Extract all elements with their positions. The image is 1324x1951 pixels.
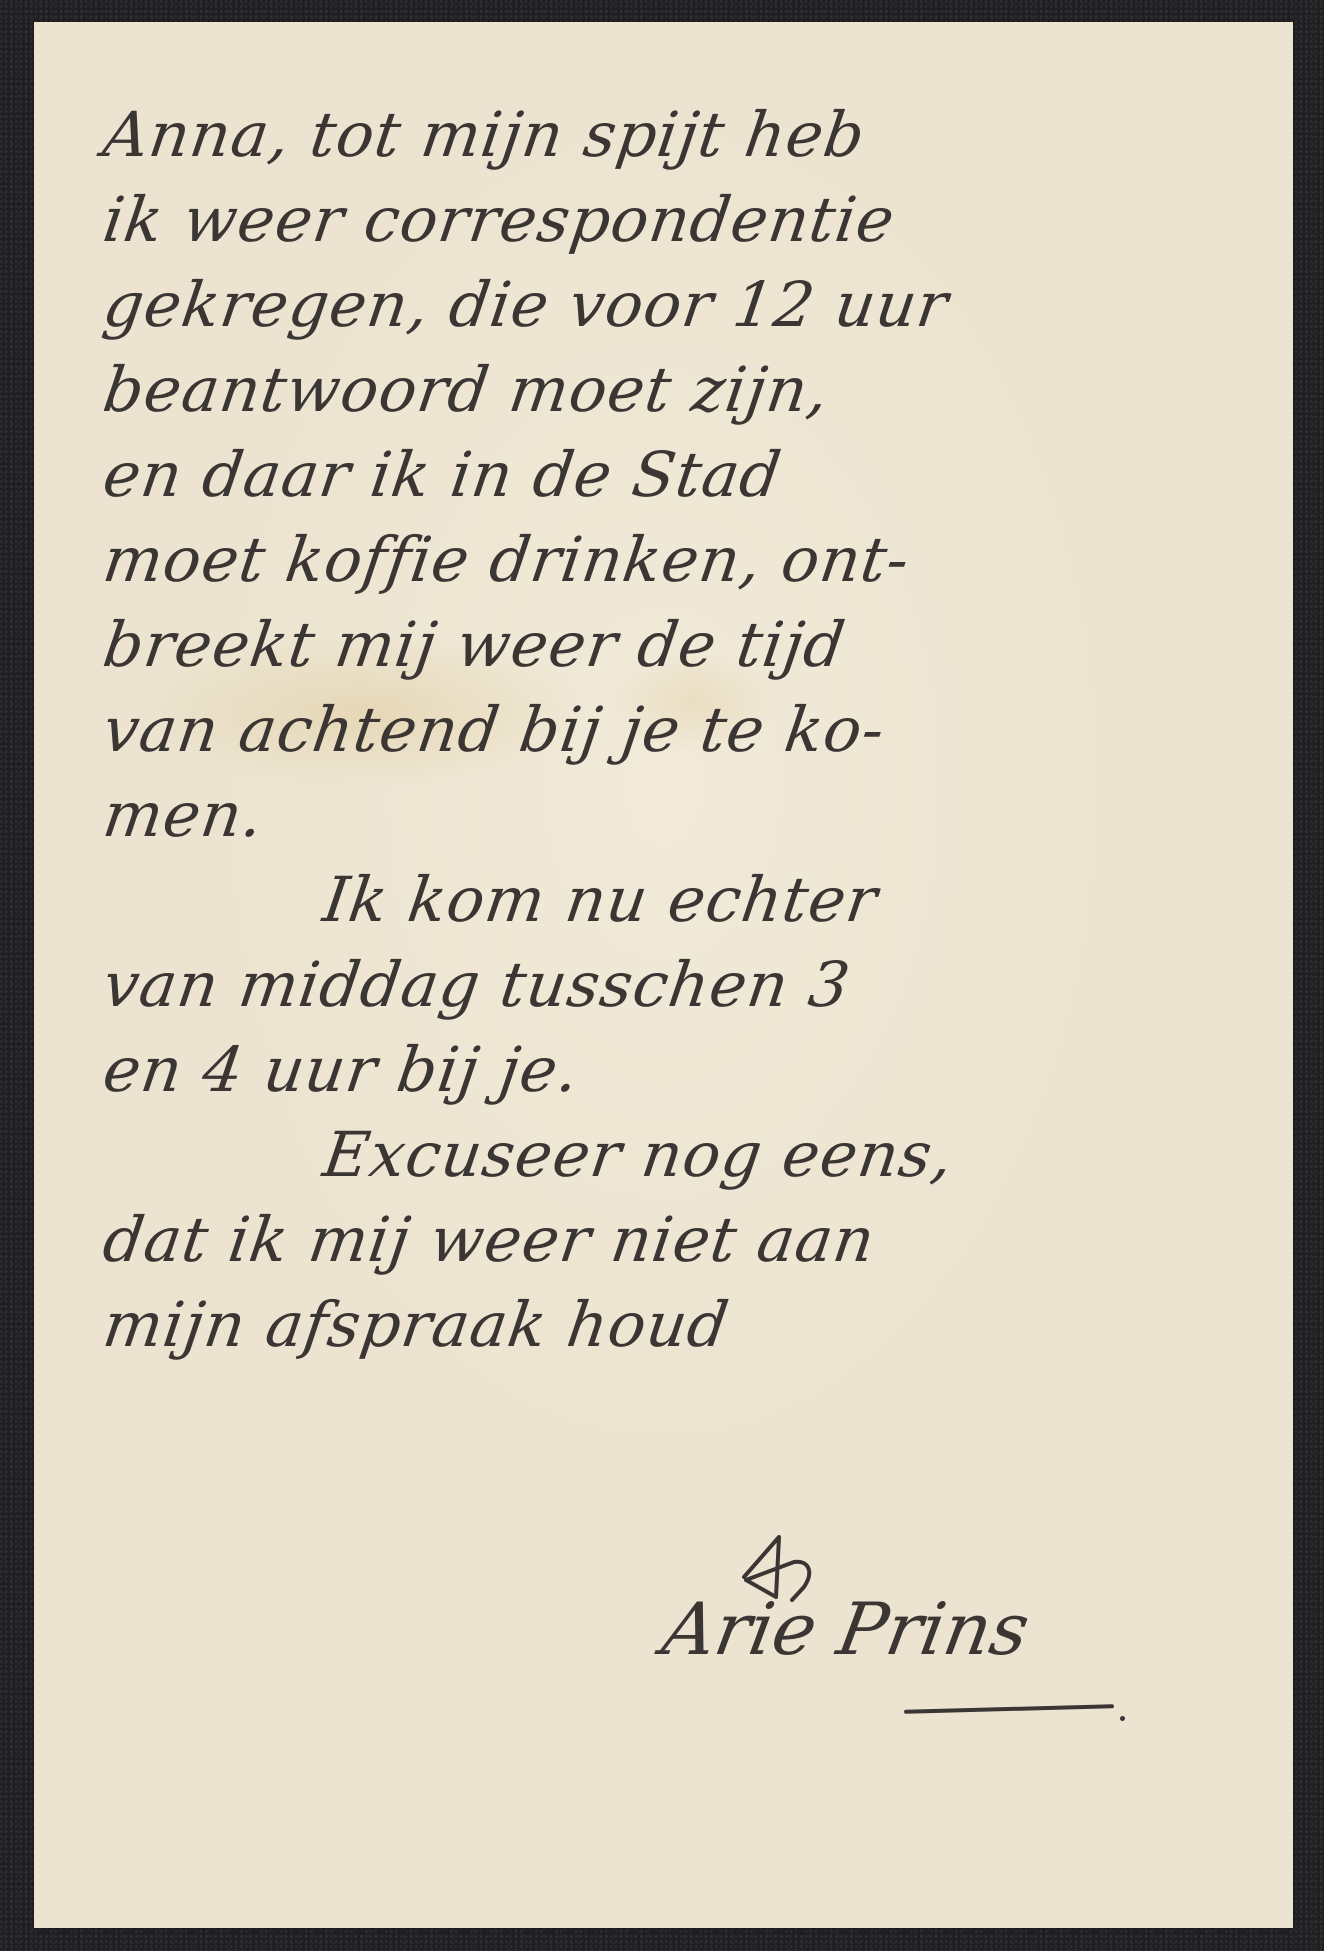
signature-dot (1120, 1716, 1125, 1721)
letter-line: en daar ik in de Stad (98, 432, 1280, 517)
signature: Arie Prins (657, 1587, 1036, 1671)
letter-line: gekregen, die voor 12 uur (98, 262, 1280, 347)
letter-line: en 4 uur bij je. (98, 1027, 1280, 1112)
signature-block: Arie Prins (634, 1532, 1254, 1772)
letter-line: van middag tusschen 3 (98, 942, 1280, 1027)
letter-line: moet koffie drinken, ont- (98, 517, 1280, 602)
perforated-edge (34, 1924, 1293, 1934)
letter-line: Anna, tot mijn spijt heb (98, 92, 1280, 177)
letter-paper: Anna, tot mijn spijt heb ik weer corresp… (34, 22, 1293, 1928)
letter-line: Ik kom nu echter (98, 857, 1280, 942)
letter-line: mijn afspraak houd (98, 1282, 1280, 1367)
letter-body: Anna, tot mijn spijt heb ik weer corresp… (104, 92, 1274, 1367)
letter-line: beantwoord moet zijn, (98, 347, 1280, 432)
signature-underline (904, 1704, 1114, 1713)
letter-line: van achtend bij je te ko- (98, 687, 1280, 772)
letter-line: breekt mij weer de tijd (98, 602, 1280, 687)
letter-line: ik weer correspondentie (98, 177, 1280, 262)
letter-line: Excuseer nog eens, (98, 1112, 1280, 1197)
letter-line: men. (98, 772, 1280, 857)
letter-line: dat ik mij weer niet aan (98, 1197, 1280, 1282)
